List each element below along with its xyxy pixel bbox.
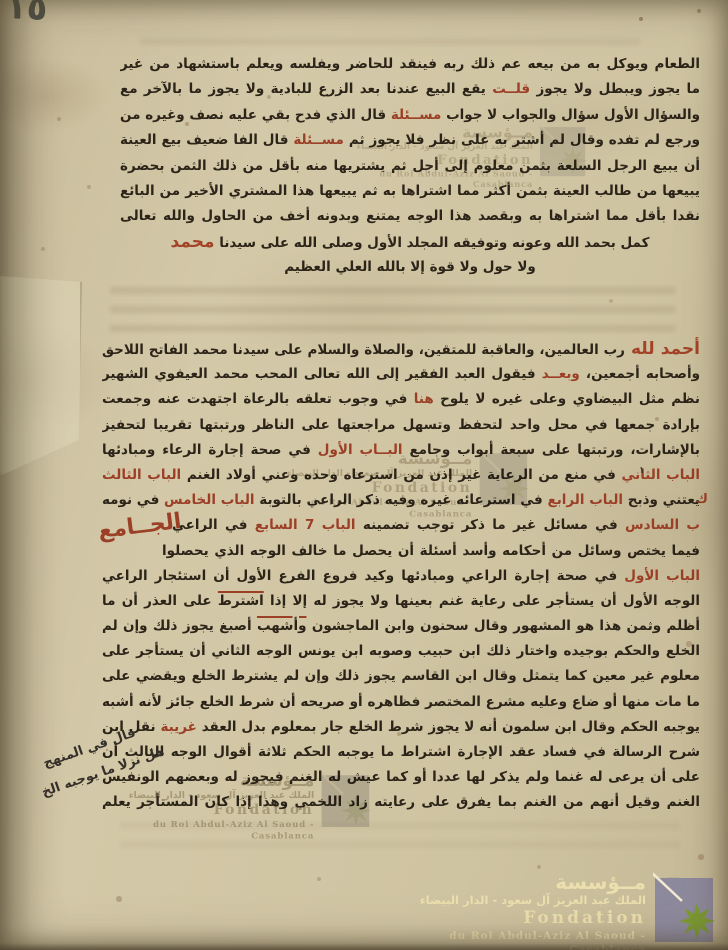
manuscript-text: في نومه <box>102 492 164 508</box>
watermark-text: مــؤسسة الملك عبد العزيز آل سعود - الدار… <box>414 872 646 950</box>
manuscript-text: في مسائل غير ما ذكر توجب تضمينه <box>356 517 625 533</box>
foundation-watermark-stamp: مــؤسسة الملك عبد العزيز آل سعود - الدار… <box>414 872 723 950</box>
manuscript-page: ١٥ الطعام ويوكل به من بيعه عم ذلك ربه في… <box>0 0 728 950</box>
rubric-text: غريبة <box>160 719 196 735</box>
bleedthrough-band <box>110 287 675 342</box>
margin-tick-mark: ١ <box>639 466 645 476</box>
manuscript-text: يعتني وذبح <box>623 492 700 508</box>
watermark-latin-subtitle: du Roi Abdul-Aziz Al Saoud - Casablanca <box>352 168 533 190</box>
rubric-text: الباب الرابع <box>547 492 623 508</box>
rubric-text: الباب الثالث <box>102 467 181 483</box>
rubric-text: مســئلة <box>293 132 344 148</box>
rubric-text: الباب الأول <box>624 568 700 584</box>
foundation-watermark-faint: مــؤسسة الملك عبد العزيز آل سعود - الدار… <box>352 124 593 190</box>
manuscript-line: ما مات منها أو ضاع وعليه مشرع المختصر فظ… <box>102 690 700 715</box>
rubric-text: مســئلة <box>391 107 442 123</box>
manuscript-text: أظلم وثمن هذا هو المشهور وقال سحنون وابن… <box>306 618 700 634</box>
manuscript-text: رب العالمين، والعاقبة للمتقين، والصلاة و… <box>102 342 700 362</box>
watermark-latin-subtitle: du Roi Abdul-Aziz Al Saoud - Casablanca <box>124 819 314 842</box>
page-bottom-edge <box>0 943 728 950</box>
foundation-watermark-faint: مــؤسسة الملك عبد العزيز آل سعود - الدار… <box>124 772 377 842</box>
manuscript-text: الطعام ويوكل به من بيعه عم ذلك ربه فينقد… <box>120 56 700 77</box>
foundation-logo <box>538 124 593 179</box>
manuscript-line: بإرادة جمعها في محل واحد لتحفظ وتسهل مرا… <box>102 413 700 438</box>
manuscript-text: نظم مثل البيضاوي وعلى غيره لا يلوح <box>434 391 700 407</box>
manuscript-line: الخلع والحكم بوجيده واختار ذلك ابن حبيب … <box>102 639 700 664</box>
rubric-text: هنا <box>414 391 434 407</box>
manuscript-line: أحمد لله رب العالمين، والعاقبة للمتقين، … <box>102 337 700 362</box>
margin-rubric-kaf: ك <box>696 492 708 507</box>
manuscript-line: نقدا بأقل مما اشتراها به وبقصد هذا الوجه… <box>120 204 700 229</box>
rubric-text: ب السادس <box>625 517 700 533</box>
manuscript-text: كمل بحمد الله وعونه وتوفيقه المجلد الأول… <box>215 235 650 251</box>
watermark-arabic-subtitle: الملك عبد العزيز آل سعود - الدار البيضاء <box>420 893 646 908</box>
manuscript-text: معلوم غير معين كما يتمثل وقال ابن القاسم… <box>102 668 700 689</box>
manuscript-text: الوجه الأول أن يستأجر على رعاية غنم بعين… <box>264 593 700 609</box>
manuscript-line: نظم مثل البيضاوي وعلى غيره لا يلوح هنا ف… <box>102 387 700 412</box>
bleedthrough-band <box>140 38 640 53</box>
manuscript-line: ولا حول ولا قوة إلا بالله العلي العظيم <box>120 255 700 280</box>
watermark-arabic-subtitle: الملك عبد العزيز آل سعود - الدار البيضاء <box>357 140 533 152</box>
rubric-text: وبعــد <box>542 366 580 382</box>
watermark-arabic-title: مــؤسسة <box>240 772 314 789</box>
manuscript-text: والسؤال الأول سؤال والجواب لا جواب <box>441 107 700 123</box>
watermark-arabic-title: مــؤسسة <box>555 872 646 893</box>
text-block-opening: أحمد لله رب العالمين، والعاقبة للمتقين، … <box>102 337 700 816</box>
watermark-text: مــؤسسة الملك عبد العزيز آل سعود - الدار… <box>282 450 472 520</box>
manuscript-line: يوجبه الحكم وقال ابن سلمون أنه لا يجوز ش… <box>102 715 700 740</box>
manuscript-text: اشترط <box>218 593 264 609</box>
manuscript-line: الطعام ويوكل به من بيعه عم ذلك ربه فينقد… <box>120 52 700 77</box>
rubric-text: الباب 7 السابع <box>255 517 356 533</box>
watermark-arabic-title: مــؤسسة <box>462 124 533 140</box>
rubric-text: قلــت <box>492 81 530 97</box>
watermark-arabic-subtitle: الملك عبد العزيز آل سعود - الدار البيضاء <box>129 789 314 801</box>
manuscript-text: فيما يختص وسائل من أحكامه وأسد أسئلة أن … <box>162 543 700 564</box>
rubric-text: أحمد لله <box>625 339 700 359</box>
watermark-arabic-subtitle: الملك عبد العزيز آل سعود - الدار البيضاء <box>287 467 472 479</box>
manuscript-text: ما مات منها أو ضاع وعليه مشرع المختصر فظ… <box>102 694 700 715</box>
manuscript-line: وأصحابه أجمعين، وبعــد فيقول العبد الفقي… <box>102 362 700 387</box>
watermark-arabic-title: مــؤسسة <box>398 450 472 467</box>
manuscript-text: نقدا بأقل مما اشتراها به وبقصد هذا الوجه… <box>120 208 700 229</box>
manuscript-text: وأصحابه أجمعين، <box>580 366 700 382</box>
page-gutter-shadow <box>0 0 34 950</box>
manuscript-line: كمل بحمد الله وعونه وتوفيقه المجلد الأول… <box>120 230 700 255</box>
folio-number: ١٥ <box>5 0 49 29</box>
rubric-text: محمد <box>171 232 215 252</box>
manuscript-line: أظلم وثمن هذا هو المشهور وقال سحنون وابن… <box>102 614 700 639</box>
watermark-latin-title: Fondation <box>437 152 533 168</box>
watermark-latin-title: Fondation <box>214 802 315 819</box>
foundation-logo <box>320 772 377 829</box>
foundation-watermark-faint: مــؤسسة الملك عبد العزيز آل سعود - الدار… <box>282 450 535 520</box>
manuscript-text: الخلع والحكم بوجيده واختار ذلك ابن حبيب … <box>102 643 700 664</box>
rubric-text: الباب الخامس <box>164 492 255 508</box>
watermark-text: مــؤسسة الملك عبد العزيز آل سعود - الدار… <box>124 772 314 842</box>
foundation-logo <box>653 872 723 944</box>
manuscript-text: ولا حول ولا قوة إلا بالله العلي العظيم <box>284 259 536 275</box>
manuscript-text: يوجبه الحكم وقال ابن سلمون أنه لا يجوز ش… <box>197 719 700 735</box>
manuscript-line: الوجه الأول أن يستأجر على رعاية غنم بعين… <box>102 589 700 614</box>
manuscript-text: وأشهب <box>257 618 307 634</box>
paper-repair-patch <box>0 276 82 476</box>
watermark-latin-title: Fondation <box>372 480 473 497</box>
rubric-text: الباب الثاني <box>621 467 700 483</box>
manuscript-line: فيما يختص وسائل من أحكامه وأسد أسئلة أن … <box>102 539 700 564</box>
foundation-logo <box>478 450 535 507</box>
manuscript-line: الباب الأول في صحة إجارة الراعي ومبادئها… <box>102 564 700 589</box>
watermark-text: مــؤسسة الملك عبد العزيز آل سعود - الدار… <box>352 124 533 190</box>
watermark-latin-subtitle: du Roi Abdul-Aziz Al Saoud - Casablanca <box>282 497 472 520</box>
manuscript-line: ما يجوز ويبطل ولا يجوز قلــت يقع البيع ع… <box>120 77 700 102</box>
manuscript-text: شرح الرسالة في فساد عقد الإجارة اشتراط م… <box>102 744 700 765</box>
manuscript-text: بإرادة جمعها في محل واحد لتحفظ وتسهل مرا… <box>102 417 700 438</box>
manuscript-text: ما يجوز ويبطل ولا يجوز <box>530 81 700 97</box>
foxing-spots <box>0 0 2 2</box>
manuscript-text: في صحة إجارة الراعي ومبادئها وكيد فروع ا… <box>102 568 700 589</box>
manuscript-line: معلوم غير معين كما يتمثل وقال ابن القاسم… <box>102 664 700 689</box>
watermark-latin-title: Fondation <box>523 908 646 929</box>
manuscript-line: شرح الرسالة في فساد عقد الإجارة اشتراط م… <box>102 740 700 765</box>
